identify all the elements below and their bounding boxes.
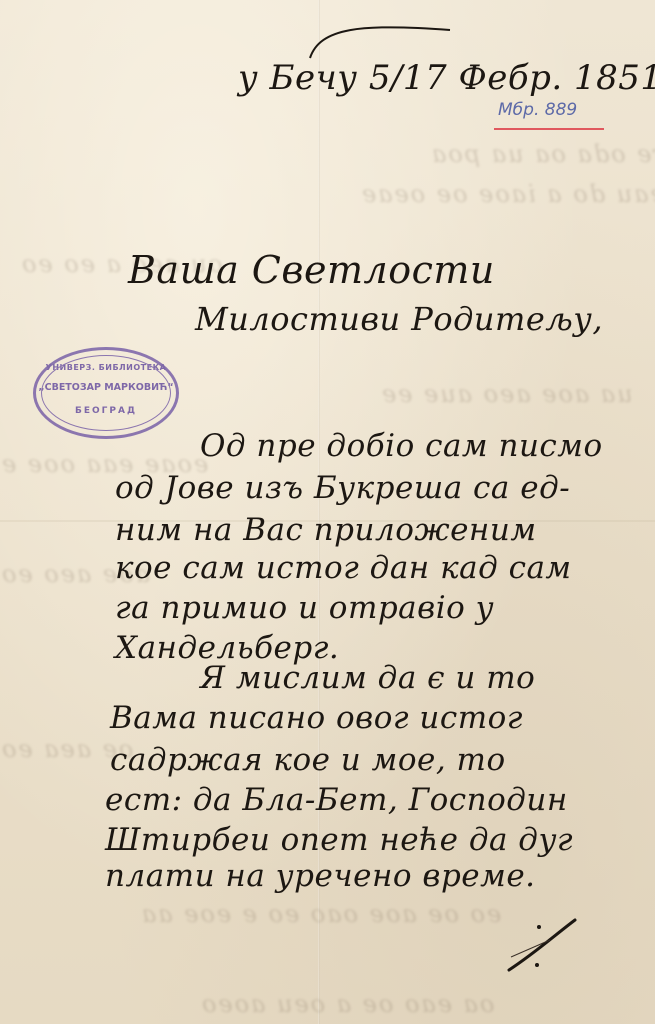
stamp-line-3: БЕОГРАД bbox=[36, 406, 176, 416]
body-line: ним на Вас приложеним bbox=[115, 512, 537, 548]
body-line: Штирбеи опет неће да дуг bbox=[105, 822, 573, 858]
stamp-line-1: УНИВЕРЗ. БИБЛИОТЕКА bbox=[36, 363, 176, 372]
body-line: од Јове изъ Букреша са ед- bbox=[115, 470, 570, 506]
body-line: Я мислим да є и то bbox=[200, 660, 535, 696]
dateline: у Бечу 5/17 Фебр. 1851. bbox=[238, 58, 655, 98]
bleed-through-text: eau do a iaoe oe oeae bbox=[360, 180, 655, 208]
salutation-line-2: Милостиви Родитељу, bbox=[195, 300, 603, 338]
body-line: садржая кое и мое, то bbox=[110, 742, 506, 778]
body-line: Од пре добіо сам писмо bbox=[200, 428, 603, 464]
bleed-through-text: eo oe aoe oao eo e eoe aa bbox=[140, 900, 501, 928]
stamp-line-2: „СВЕТОЗАР МАРКОВИЋ“ bbox=[36, 382, 176, 393]
archive-shelfmark: Мбр. 889 bbox=[498, 100, 577, 120]
body-line: плати на уречено време. bbox=[105, 858, 536, 894]
body-line: Вама писано овог истог bbox=[110, 700, 523, 736]
bleed-through-text: ne ore oda oa ua poa bbox=[430, 140, 655, 168]
bleed-through-text: ua aoe aeo aue ee bbox=[380, 380, 633, 408]
salutation-line-1: Ваша Светлости bbox=[128, 248, 495, 292]
bleed-through-text: oa eao oe a oeu aoeo bbox=[200, 990, 494, 1018]
letter-page: ne ore oda oa ua poa eau do a iaoe oe oe… bbox=[0, 0, 655, 1024]
body-line: кое сам истог дан кад сам bbox=[115, 550, 572, 586]
shelfmark-underline bbox=[494, 128, 604, 130]
body-line: ест: да Бла-Бет, Господин bbox=[105, 782, 568, 818]
closing-mark bbox=[505, 915, 585, 975]
library-stamp: УНИВЕРЗ. БИБЛИОТЕКА „СВЕТОЗАР МАРКОВИЋ“ … bbox=[33, 347, 179, 439]
body-line: га примио и отравіо у bbox=[115, 590, 494, 626]
